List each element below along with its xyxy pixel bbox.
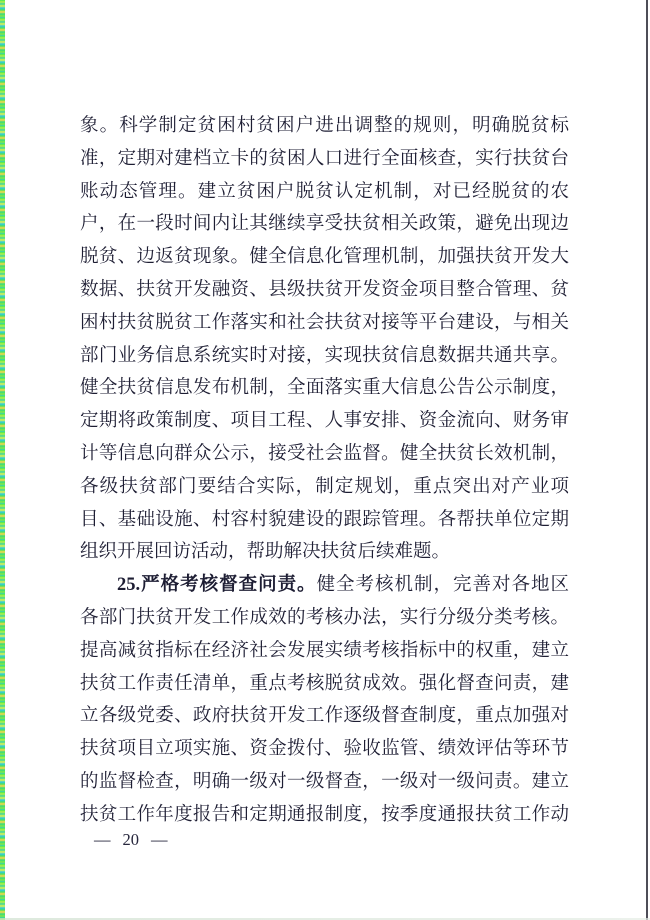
scanned-document-page: 象。科学制定贫困村贫困户进出调整的规则，明确脱贫标 准，定期对建档立卡的贫困人口… [0,0,650,920]
text-line: 户，在一段时间内让其继续享受扶贫相关政策，避免出现边 [80,208,569,241]
text-run: 健全考核机制，完善对各地区 [317,575,569,595]
text-line: 提高减贫指标在经济社会发展实绩考核指标中的权重，建立 [80,635,569,668]
text-line: 的监督检查，明确一级对一级督查，一级对一级问责。建立 [80,766,569,799]
text-line: 扶贫工作责任清单，重点考核脱贫成效。强化督查问责，建 [80,668,569,701]
text-line: 定期将政策制度、项目工程、人事安排、资金流向、财务审 [80,405,569,438]
paragraph-2: 25.严格考核督查问责。健全考核机制，完善对各地区 各部门扶贫开发工作成效的考核… [80,569,569,831]
text-line: 扶贫工作年度报告和定期通报制度，按季度通报扶贫工作动 [80,799,569,832]
text-line: 各级扶贫部门要结合实际，制定规划，重点突出对产业项 [80,471,569,504]
text-line: 困村扶贫脱贫工作落实和社会扶贫对接等平台建设，与相关 [80,307,569,340]
text-line: 目、基础设施、村容村貌建设的跟踪管理。各帮扶单位定期 [80,504,569,537]
text-line: 象。科学制定贫困村贫困户进出调整的规则，明确脱贫标 [80,110,569,143]
text-line: 组织开展回访活动，帮助解决扶贫后续难题。 [80,536,569,569]
scan-edge-noise-strip [0,0,5,920]
section-25-heading: 25.严格考核督查问责。 [117,575,317,595]
page-number: 20 [123,830,140,850]
text-line: 准，定期对建档立卡的贫困人口进行全面核查，实行扶贫台 [80,143,569,176]
text-line: 扶贫项目立项实施、资金拨付、验收监管、绩效评估等环节 [80,733,569,766]
text-line: 脱贫、边返贫现象。健全信息化管理机制，加强扶贫开发大 [80,241,569,274]
text-line: 各部门扶贫开发工作成效的考核办法，实行分级分类考核。 [80,602,569,635]
page-footer: — 20 — [94,830,168,850]
scan-edge-line-right [646,0,648,920]
text-line: 数据、扶贫开发融资、县级扶贫开发资金项目整合管理、贫 [80,274,569,307]
text-line: 立各级党委、政府扶贫开发工作逐级督查制度，重点加强对 [80,700,569,733]
document-body: 象。科学制定贫困村贫困户进出调整的规则，明确脱贫标 准，定期对建档立卡的贫困人口… [80,110,569,832]
text-line: 健全扶贫信息发布机制，全面落实重大信息公告公示制度， [80,372,569,405]
text-line: 账动态管理。建立贫困户脱贫认定机制，对已经脱贫的农 [80,176,569,209]
text-line: 计等信息向群众公示，接受社会监督。健全扶贫长效机制， [80,438,569,471]
footer-dash-left: — [94,830,111,850]
paragraph-1: 象。科学制定贫困村贫困户进出调整的规则，明确脱贫标 准，定期对建档立卡的贫困人口… [80,110,569,569]
text-line: 部门业务信息系统实时对接，实现扶贫信息数据共通共享。 [80,340,569,373]
footer-dash-right: — [151,830,168,850]
text-line: 25.严格考核督查问责。健全考核机制，完善对各地区 [80,569,569,602]
